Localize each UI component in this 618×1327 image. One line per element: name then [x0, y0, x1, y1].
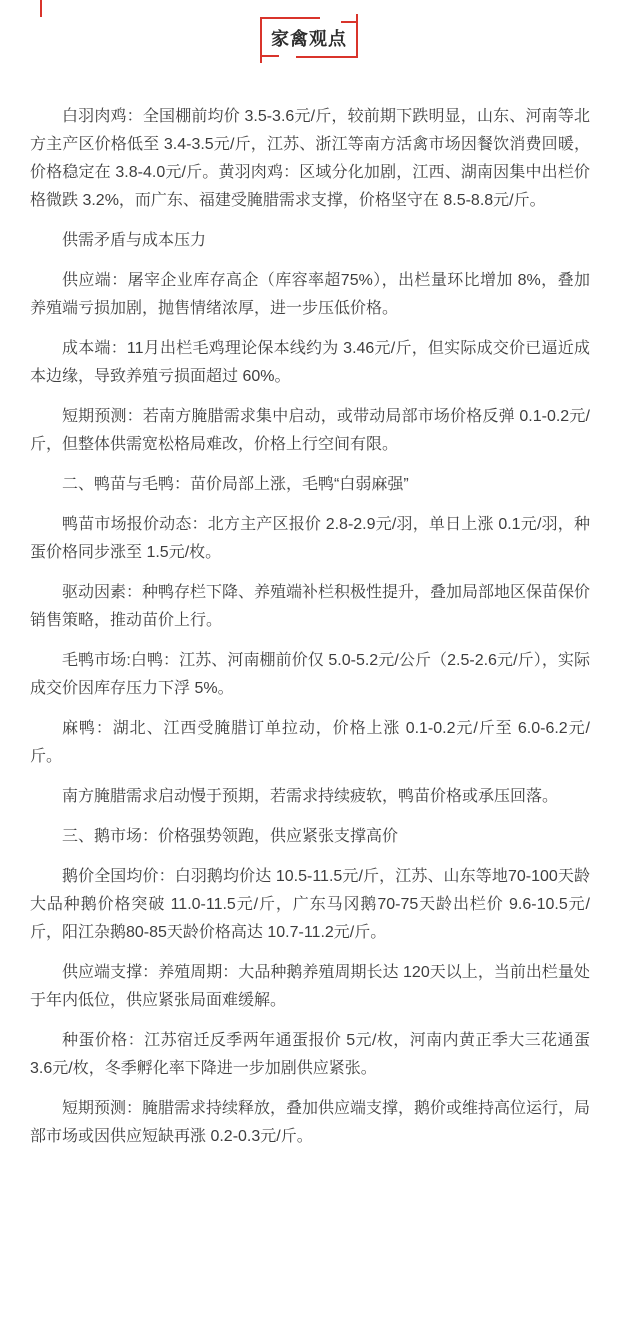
paragraph-14: 供应端支撑：养殖周期：大品种鹅养殖周期长达 120天以上，当前出栏量处于年内低位… — [30, 959, 590, 1015]
article-body: 白羽肉鸡：全国棚前均价 3.5-3.6元/斤，较前期下跌明显，山东、河南等北方主… — [0, 103, 618, 1151]
paragraph-5: 短期预测：若南方腌腊需求集中启动，或带动局部市场价格反弹 0.1-0.2元/斤，… — [30, 403, 590, 459]
paragraph-1: 白羽肉鸡：全国棚前均价 3.5-3.6元/斤，较前期下跌明显，山东、河南等北方主… — [30, 103, 590, 215]
red-tick-decoration — [40, 0, 42, 17]
paragraph-2: 供需矛盾与成本压力 — [30, 227, 590, 255]
paragraph-12: 三、鹅市场：价格强势领跑，供应紧张支撑高价 — [30, 823, 590, 851]
paragraph-6: 二、鸭苗与毛鸭：苗价局部上涨，毛鸭“白弱麻强” — [30, 471, 590, 499]
paragraph-16: 短期预测：腌腊需求持续释放，叠加供应端支撑，鹅价或维持高位运行，局部市场或因供应… — [30, 1095, 590, 1151]
badge-label: 家禽观点 — [271, 25, 347, 51]
paragraph-7: 鸭苗市场报价动态：北方主产区报价 2.8-2.9元/羽，单日上涨 0.1元/羽，… — [30, 511, 590, 567]
paragraph-8: 驱动因素：种鸭存栏下降、养殖端补栏积极性提升，叠加局部地区保苗保价销售策略，推动… — [30, 579, 590, 635]
paragraph-13: 鹅价全国均价：白羽鹅均价达 10.5-11.5元/斤，江苏、山东等地70-100… — [30, 863, 590, 947]
article-page: { "page": { "accent_color": "#d9342b", "… — [0, 0, 618, 1327]
paragraph-11: 南方腌腊需求启动慢于预期，若需求持续疲软，鸭苗价格或承压回落。 — [30, 783, 590, 811]
paragraph-3: 供应端：屠宰企业库存高企（库容率超75%），出栏量环比增加 8%，叠加养殖端亏损… — [30, 267, 590, 323]
section-badge: 家禽观点 — [256, 13, 362, 63]
paragraph-10: 麻鸭：湖北、江西受腌腊订单拉动，价格上涨 0.1-0.2元/斤至 6.0-6.2… — [30, 715, 590, 771]
paragraph-15: 种蛋价格：江苏宿迁反季两年通蛋报价 5元/枚，河南内黄正季大三花通蛋 3.6元/… — [30, 1027, 590, 1083]
paragraph-4: 成本端：11月出栏毛鸡理论保本线约为 3.46元/斤，但实际成交价已逼近成本边缘… — [30, 335, 590, 391]
paragraph-9: 毛鸭市场:白鸭：江苏、河南棚前价仅 5.0-5.2元/公斤（2.5-2.6元/斤… — [30, 647, 590, 703]
